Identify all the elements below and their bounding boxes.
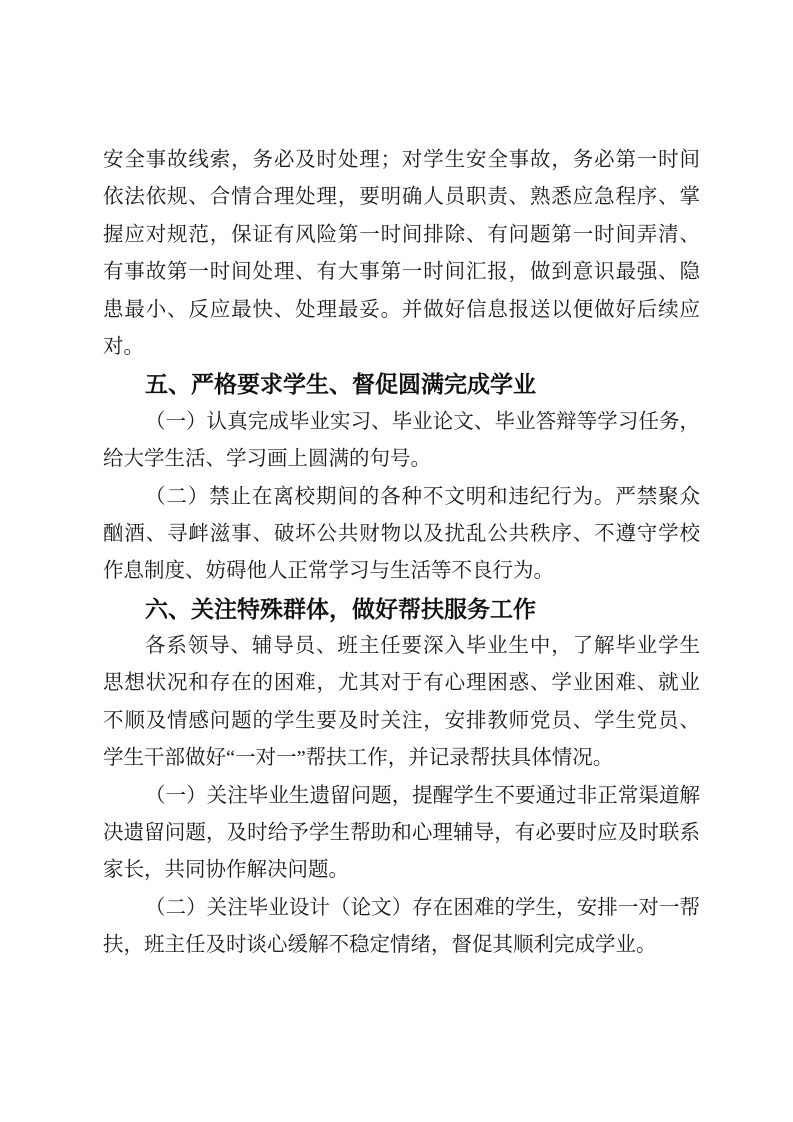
para-6-item-1: （一）关注毕业生遗留问题，提醒学生不要通过非正常渠道解决遗留问题，及时给予学生帮… [103,778,703,890]
para-6-intro: 各系领导、辅导员、班主任要深入毕业生中，了解毕业学生思想状况和存在的困难，尤其对… [103,628,703,778]
document-body: 安全事故线索，务必及时处理；对学生安全事故，务必第一时间依法依规、合情合理处理，… [0,0,793,965]
text-line: 家长，共同协作解决问题。 [103,852,700,889]
text-line: 不顺及情感问题的学生要及时关注，安排教师党员、学生党员、 [103,703,700,740]
text-line: 决遗留问题，及时给予学生帮助和心理辅导，有必要时应及时联系 [103,815,700,852]
para-5-item-2: （二）禁止在离校期间的各种不文明和违纪行为。严禁聚众酗酒、寻衅滋事、破坏公共财物… [103,479,703,591]
text-line: （二）关注毕业设计（论文）存在困难的学生，安排一对一帮 [103,890,700,927]
text-line: 酗酒、寻衅滋事、破坏公共财物以及扰乱公共秩序、不遵守学校 [103,516,700,553]
text-line: 依法依规、合情合理处理，要明确人员职责、熟悉应急程序、掌 [103,179,700,216]
text-line: 安全事故线索，务必及时处理；对学生安全事故，务必第一时间 [103,142,700,179]
para-6-item-2: （二）关注毕业设计（论文）存在困难的学生，安排一对一帮扶，班主任及时谈心缓解不稳… [103,890,703,965]
para-5-item-1: （一）认真完成毕业实习、毕业论文、毕业答辩等学习任务，给大学生活、学习画上圆满的… [103,404,703,479]
text-line: （一）认真完成毕业实习、毕业论文、毕业答辩等学习任务， [103,404,700,441]
text-line: 扶，班主任及时谈心缓解不稳定情绪，督促其顺利完成学业。 [103,927,700,964]
text-line: （一）关注毕业生遗留问题，提醒学生不要通过非正常渠道解 [103,778,700,815]
text-line: 给大学生活、学习画上圆满的句号。 [103,441,700,478]
text-line: 握应对规范，保证有风险第一时间排除、有问题第一时间弄清、 [103,217,700,254]
text-line: 患最小、反应最快、处理最妥。并做好信息报送以便做好后续应 [103,292,700,329]
text-line: 作息制度、妨碍他人正常学习与生活等不良行为。 [103,553,700,590]
heading-section-6: 六、关注特殊群体，做好帮扶服务工作 [103,591,703,628]
section-heading: 六、关注特殊群体，做好帮扶服务工作 [103,591,700,628]
document-page: 安全事故线索，务必及时处理；对学生安全事故，务必第一时间依法依规、合情合理处理，… [0,0,793,1122]
text-line: 各系领导、辅导员、班主任要深入毕业生中，了解毕业学生 [103,628,700,665]
text-line: 对。 [103,329,700,366]
text-line: 有事故第一时间处理、有大事第一时间汇报，做到意识最强、隐 [103,254,700,291]
heading-section-5: 五、严格要求学生、督促圆满完成学业 [103,366,703,403]
section-heading: 五、严格要求学生、督促圆满完成学业 [103,366,700,403]
text-line: 思想状况和存在的困难，尤其对于有心理困惑、学业困难、就业 [103,665,700,702]
text-line: （二）禁止在离校期间的各种不文明和违纪行为。严禁聚众 [103,479,700,516]
para-safety-incident-continuation: 安全事故线索，务必及时处理；对学生安全事故，务必第一时间依法依规、合情合理处理，… [103,142,703,366]
text-line: 学生干部做好“一对一”帮扶工作，并记录帮扶具体情况。 [103,740,700,777]
